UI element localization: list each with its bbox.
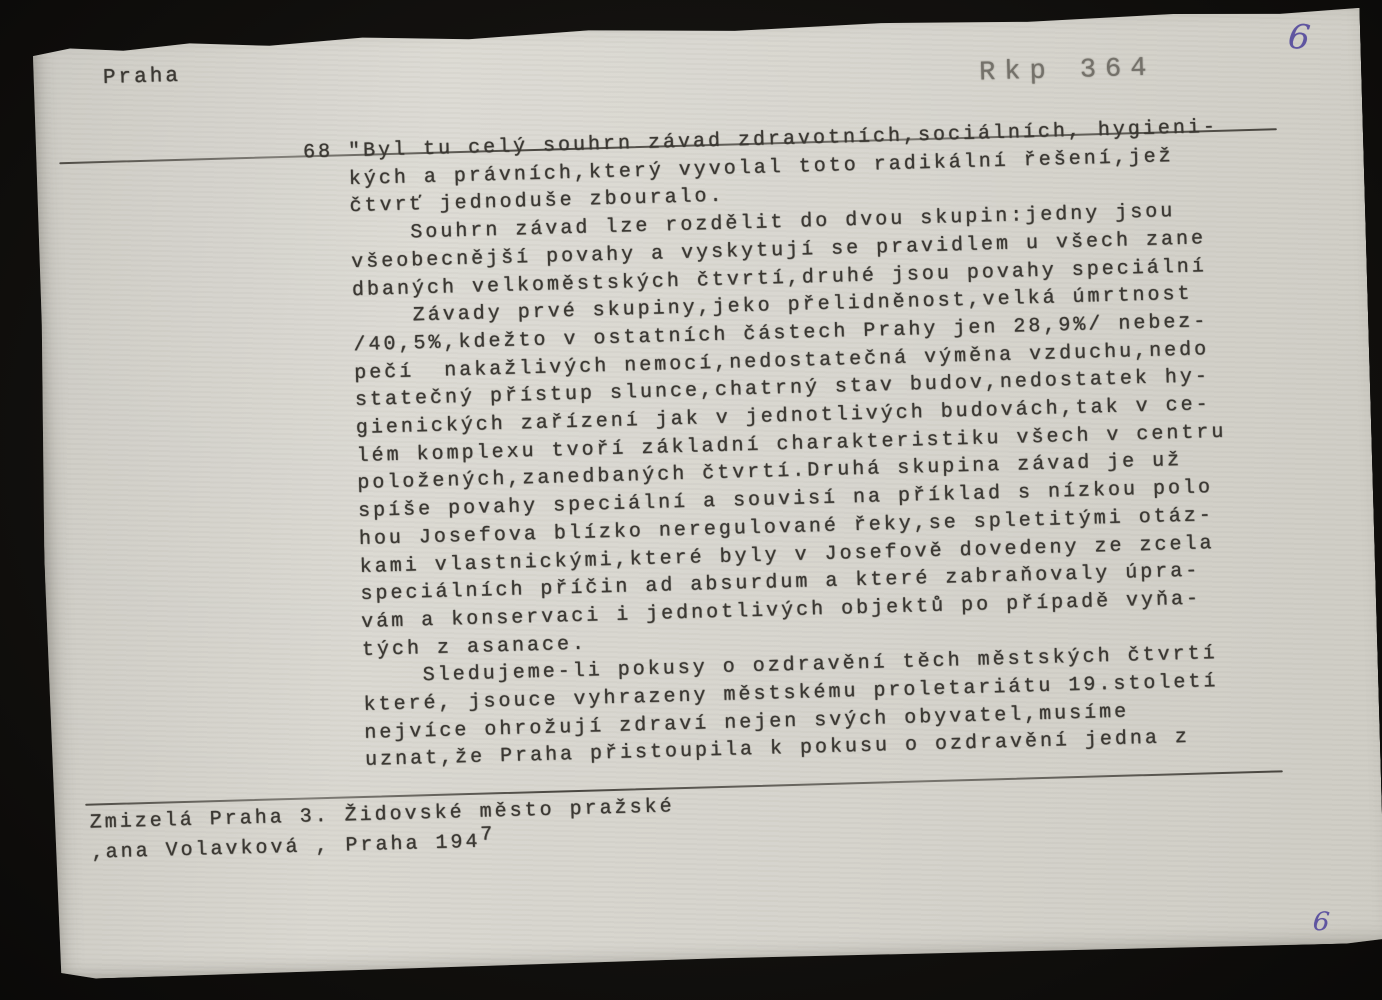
source-citation: Zmizelá Praha 3. Židovské město pražské‚… [89, 792, 676, 868]
quotation-body-text: 68 "Byl tu celý souhrn závad zdravotních… [303, 114, 1236, 776]
citation-author-year: ‚ana Volavková , Praha 194 [90, 831, 481, 865]
document-page: Praha Rkp 364 6 68 "Byl tu celý souhrn z… [30, 8, 1382, 980]
handwritten-page-number-bottom: 6 [1312, 907, 1331, 938]
handwritten-page-number-top: 6 [1286, 16, 1312, 58]
header-place-label: Praha [103, 65, 182, 90]
manuscript-number-stamp: Rkp 364 [979, 54, 1156, 89]
bottom-divider-rule [85, 770, 1283, 805]
citation-year-superscript: 7 [480, 820, 496, 850]
